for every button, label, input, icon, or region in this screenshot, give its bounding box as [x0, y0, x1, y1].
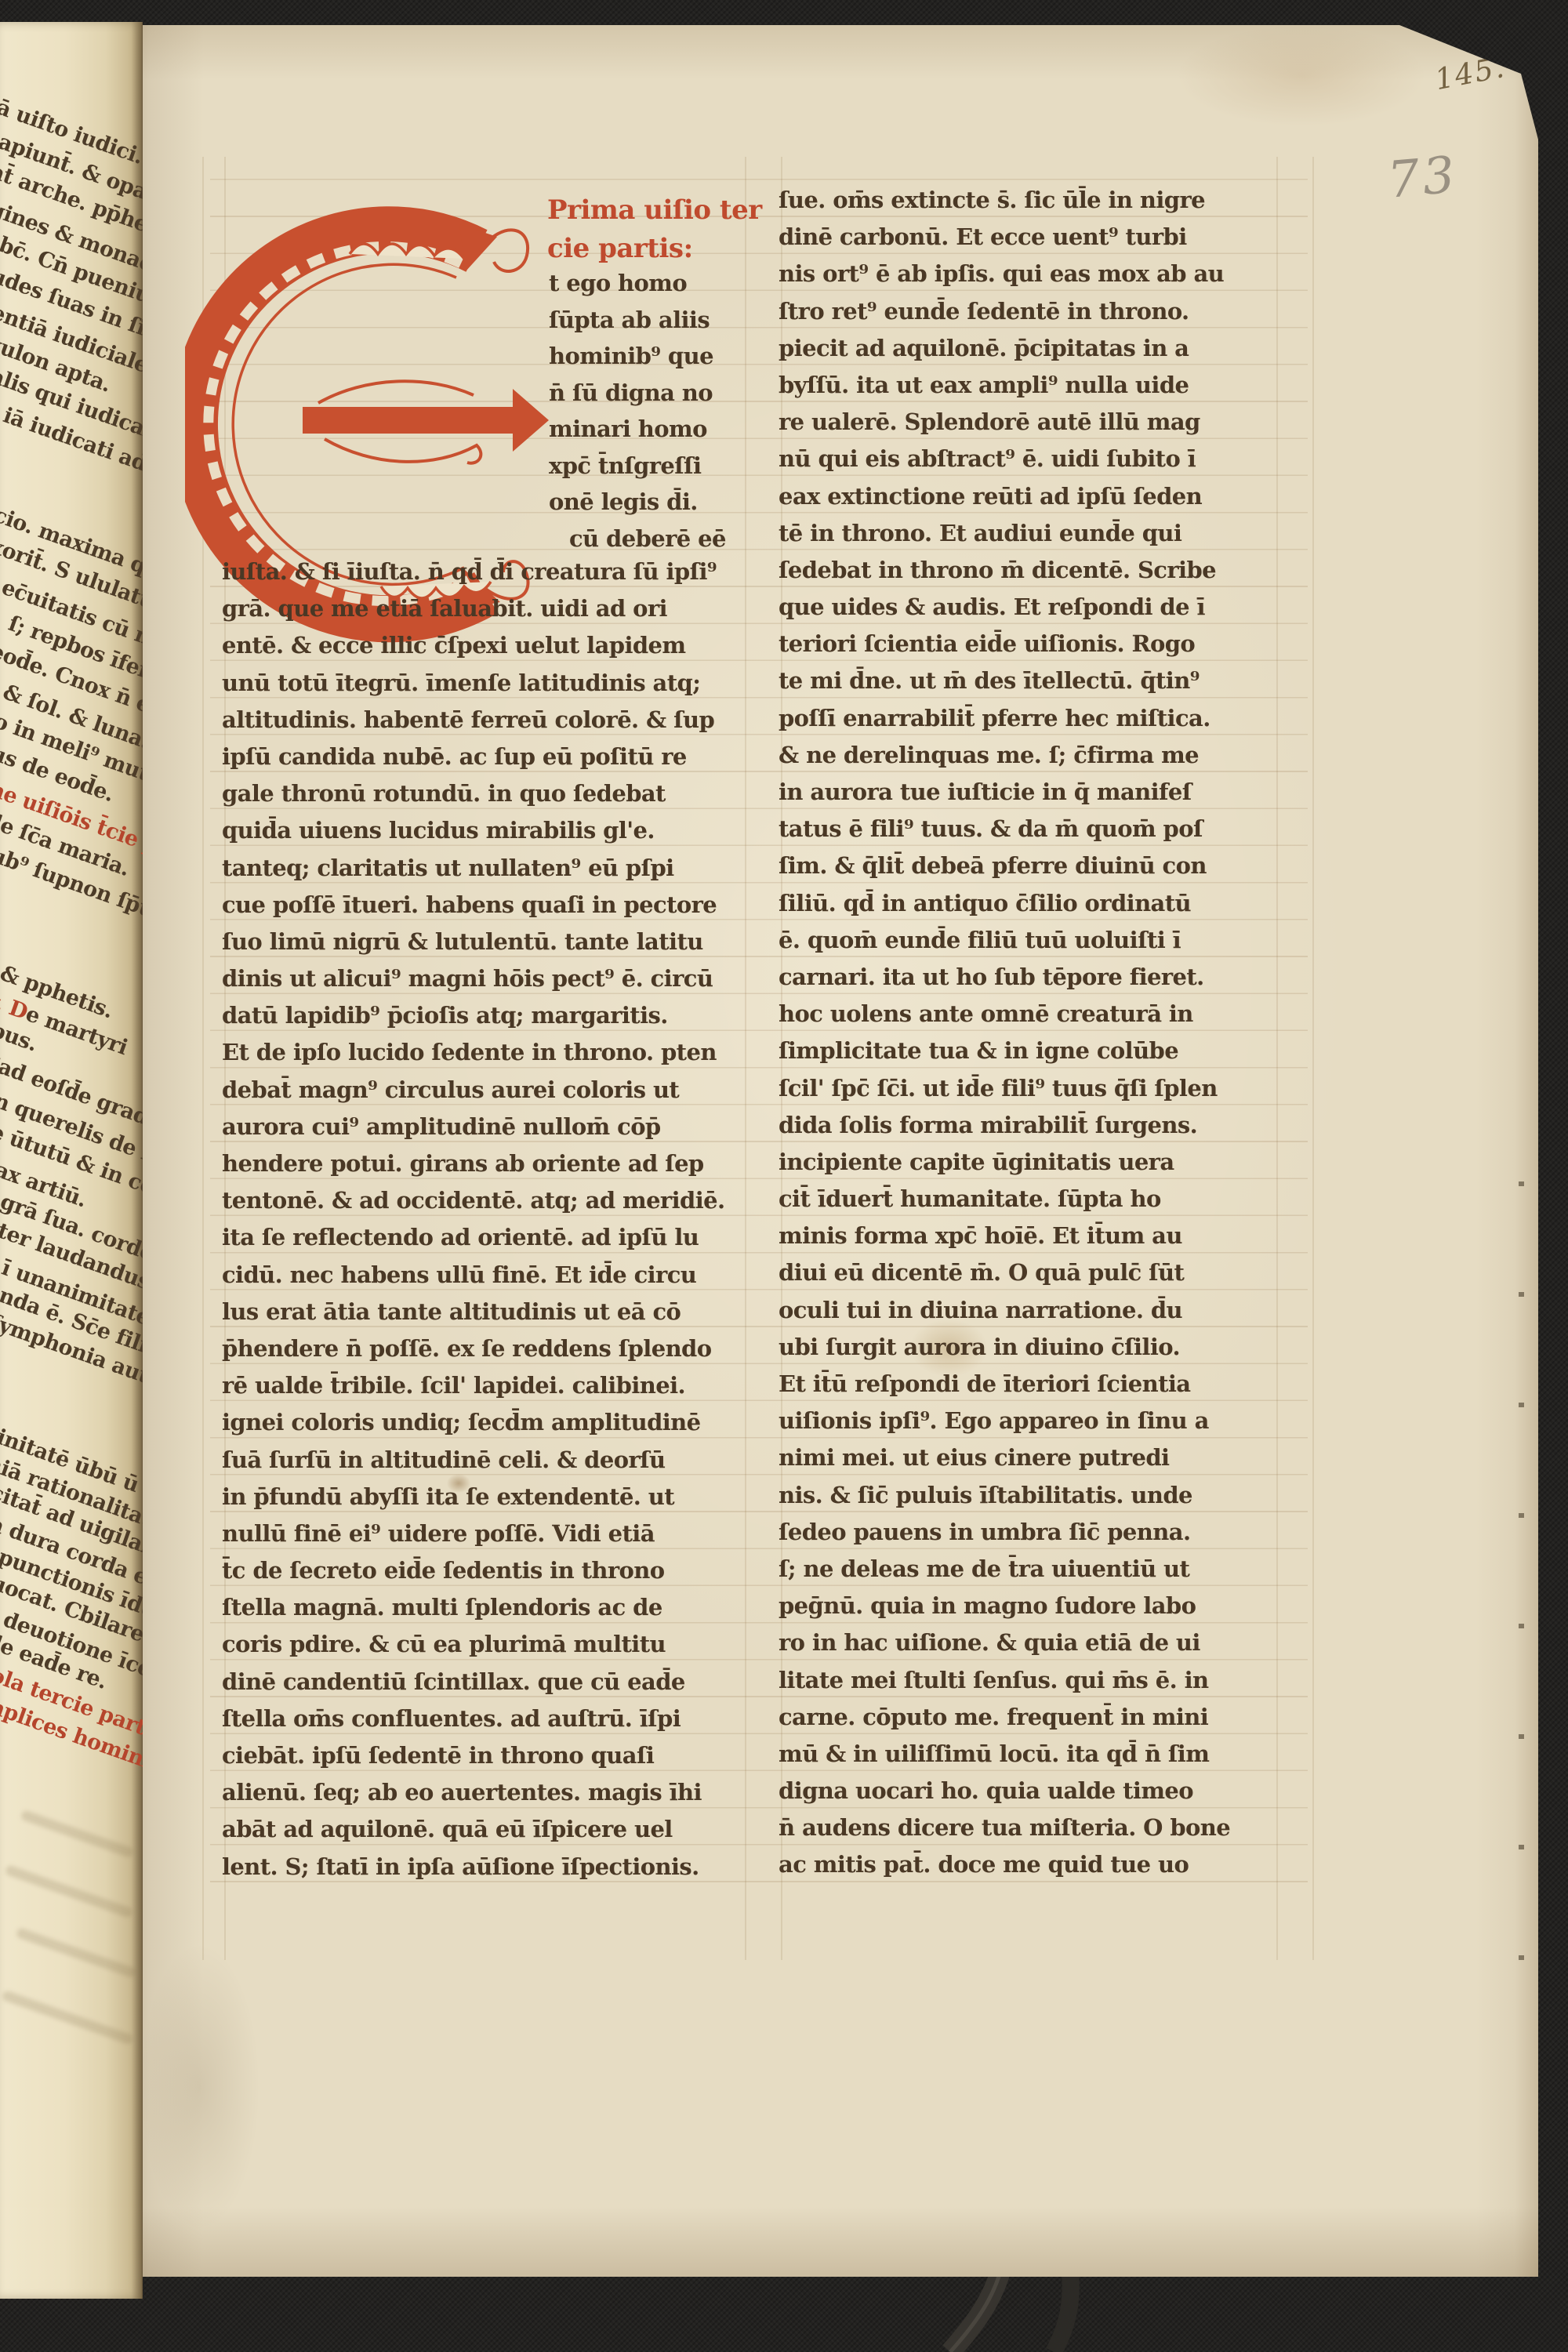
text-line: poſſī enarrabilit̄ pferre hec miſtica.	[779, 700, 1288, 737]
text-line: carne. cōputo me. frequent̄ in mini	[779, 1699, 1288, 1736]
text-line: ſtro ret⁹ eund̄e ſedentē in throno.	[779, 293, 1288, 330]
text-line: onē legis d̄i.	[549, 484, 726, 521]
column1-text: iuſta. & ſi īiuſta. n̄ qd̄ d̄i creatura …	[222, 554, 771, 1886]
text-line: ſcil' ſpc̄ ſc̄i. ut id̄e fili⁹ tuus q̄ſi…	[779, 1070, 1288, 1107]
text-line: debat̄ magn⁹ circulus aurei coloris ut	[222, 1072, 771, 1109]
text-line: oculi tui in diuina narratione. d̄u	[779, 1292, 1288, 1329]
text-line: nullū finē ei⁹ uidere poſſē. Vidi etiā	[222, 1515, 771, 1552]
text-line: tatus ē fili⁹ tuus. & da m̄ quom̄ poſ	[779, 811, 1288, 848]
text-line: mū & in uiliſſimū locū. ita qd̄ n̄ ſim	[779, 1736, 1288, 1773]
text-line: & ne derelinquas me. ſ; c̄firma me	[779, 737, 1288, 774]
text-line: ſim. & q̄lit̄ debeā pferre diuinū con	[779, 848, 1288, 884]
text-line: incipiente capite ūginitatis uera	[779, 1144, 1288, 1181]
text-line: coris pdire. & cū ea plurimā multitu	[222, 1626, 771, 1663]
text-line: Et it̄ū reſpondi de īteriori ſcientia	[779, 1366, 1288, 1403]
text-line: gale thronū rotundū. in quo ſedebat	[222, 775, 771, 812]
text-line: dida ſolis forma mirabilit̄ ſurgens.	[779, 1107, 1288, 1144]
text-line: altitudinis. habentē ferreū colorē. & ſu…	[222, 702, 771, 739]
text-line: hoc uolens ante omnē creaturā in	[779, 996, 1288, 1033]
parchment-stain	[141, 1946, 259, 2228]
text-line: minis forma xpc̄ hoīē. Et it̄um au	[779, 1218, 1288, 1254]
text-line: lent. S; ſtatī in ipſa aūſione īſpection…	[222, 1849, 771, 1886]
text-line: lus erat ātia tante altitudinis ut eā cō	[222, 1294, 771, 1330]
text-line: ſuā ſurſū in altitudinē celi. & deorſū	[222, 1442, 771, 1479]
text-line: uiſionis ipſi⁹. Ego appareo in ſinu a	[779, 1403, 1288, 1439]
text-line: alienū. ſeq; ab eo auertentes. magis īhi	[222, 1774, 771, 1811]
text-line: eax extinctione reūti ad ipſū ſeden	[779, 478, 1288, 515]
text-line: abāt ad aquilonē. quā eū īſpicere uel	[222, 1811, 771, 1848]
text-line: dinē carbonū. Et ecce uent⁹ turbi	[779, 219, 1288, 256]
text-line: diui eū dicentē m̄. O quā pulc̄ ſūt	[779, 1254, 1288, 1291]
show-through-ghost	[16, 1927, 137, 1979]
text-line: ſuo limū nigrū & lutulentū. tante latitu	[222, 924, 771, 960]
text-line: tē in throno. Et audiui eund̄e qui	[779, 515, 1288, 552]
text-line: ſūpta ab aliis	[549, 302, 726, 339]
ruling-vertical	[1312, 157, 1314, 1960]
text-line: dinis ut alicui⁹ magni hōis pect⁹ ē. cir…	[222, 960, 771, 997]
text-line: cit̄ īduert̄ humanitate. ſūpta ho	[779, 1181, 1288, 1218]
text-line: teriori ſcientia eid̄e uiſionis. Rogo	[779, 626, 1288, 662]
show-through-ghost	[2, 1990, 134, 2045]
text-line: ſimplicitate tua & in igne colūbe	[779, 1033, 1288, 1069]
text-line: byſſū. ita ut eax ampli⁹ nulla uide	[779, 367, 1288, 404]
show-through-ghost	[5, 1864, 134, 1918]
text-line: ignei coloris undiq; ſecd̄m amplitudinē	[222, 1404, 771, 1441]
text-line: n̄ audens dicere tua miſteria. O bone	[779, 1809, 1288, 1846]
text-line: n̄ ſū digna no	[549, 375, 726, 412]
text-line: t ego homo	[549, 265, 726, 302]
rubric-line: cie partis:	[547, 230, 762, 268]
text-line: ſedeo pauens in umbra ſic̄ penna.	[779, 1514, 1288, 1551]
text-line: cue poſſē ītueri. habens quaſi in pector…	[222, 887, 771, 924]
text-line: nū qui eis abſtract⁹ ē. uidi ſubito ī	[779, 441, 1288, 477]
text-line: ſue. om̄s extincte s̄. ſic ūl̄e in nigre	[779, 182, 1288, 219]
text-line: aurora cui⁹ amplitudinē nullom̄ cōp̄	[222, 1109, 771, 1145]
text-line: re ualerē. Splendorē autē illū mag	[779, 404, 1288, 441]
text-line: in p̄fundū abyſſi ita ſe extendentē. ut	[222, 1479, 771, 1515]
text-line: piecit ad aquilonē. p̄cipitatas in a	[779, 330, 1288, 367]
folio-number-ink: 145.	[1432, 50, 1508, 96]
text-line: tanteq; claritatis ut nullaten⁹ eū pſpi	[222, 850, 771, 887]
text-line: in aurora tue iuſticie in q̄ manifeſ	[779, 774, 1288, 811]
text-line: carnari. ita ut ho ſub tēpore fieret.	[779, 959, 1288, 996]
text-line: ro in hac uiſione. & quia etiā de ui	[779, 1624, 1288, 1661]
text-line: cidū. nec habens ullū finē. Et id̄e circ…	[222, 1257, 771, 1294]
text-line: tentonē. & ad occidentē. atq; ad meridiē…	[222, 1182, 771, 1219]
text-line: nis. & ſic̄ puluis īſtabilitatis. unde	[779, 1477, 1288, 1514]
column1-short-lines: t ego homoſūpta ab aliishominib⁹ quen̄ ſ…	[549, 265, 726, 557]
text-line: litate mei ſtulti ſenſus. qui m̄s ē. in	[779, 1662, 1288, 1699]
text-line: digna uocari ho. quia ualde timeo	[779, 1773, 1288, 1809]
text-line: hominib⁹ que	[549, 338, 726, 375]
text-line: ſtella magnā. multi ſplendoris ac de	[222, 1589, 771, 1626]
text-line: quid̄a uiuens lucidus mirabilis gl'e.	[222, 812, 771, 849]
text-line: grā. que me etiā ſaluabit. uidi ad ori	[222, 590, 771, 627]
text-line: t̄c de ſecreto eid̄e ſedentis in throno	[222, 1552, 771, 1589]
text-line: cū deberē eē	[549, 521, 726, 557]
text-line: que uides & audis. Et reſpondi de ī	[779, 589, 1288, 626]
text-line: ita ſe reflectendo ad orientē. ad ipſū l…	[222, 1219, 771, 1256]
text-line: nis ort⁹ ē ab ipſis. qui eas mox ab au	[779, 256, 1288, 292]
text-line: ſiliū. qd̄ in antiquo c̄ſilio ordinatū	[779, 885, 1288, 922]
previous-page-edge: uā uiſto iudici. n̄ īdiſſcapiunt̄. & opa…	[0, 22, 143, 2299]
text-line: rē ualde t̄ribile. ſcil' lapidei. calibi…	[222, 1367, 771, 1404]
pricking-marks	[1519, 1076, 1524, 1969]
text-line: p̄hendere n̄ poſſē. ex ſe reddens ſplend…	[222, 1330, 771, 1367]
text-line: unū totū ītegrū. īmenſe latitudinis atq;	[222, 665, 771, 702]
manuscript-page: 145. 73 E Prima uiſ	[118, 25, 1538, 2277]
text-line: ē. quom̄ eund̄e filiū tuū uoluiſti ī	[779, 922, 1288, 959]
text-line: peḡnū. quia in magno ſudore labo	[779, 1588, 1288, 1624]
manuscript-photo: 145. 73 E Prima uiſ	[0, 0, 1568, 2352]
text-line: Et de ipſo lucido ſedente in throno. pte…	[222, 1034, 771, 1071]
text-line: ipſū candida nubē. ac ſup eū poſitū re	[222, 739, 771, 775]
column2-text: ſue. om̄s extincte s̄. ſic ūl̄e in nigre…	[779, 182, 1288, 1884]
binding-cords-icon	[902, 2266, 1231, 2352]
text-line: ſtella om̄s confluentes. ad auſtrū. īſpi	[222, 1700, 771, 1737]
text-line: datū lapidib⁹ p̄cioſis atq; margaritis.	[222, 997, 771, 1034]
text-line: hendere potui. girans ab oriente ad ſep	[222, 1145, 771, 1182]
show-through-ghost	[20, 1809, 135, 1858]
text-line: xpc̄ t̄nſgreſſi	[549, 448, 726, 485]
rubric: Prima uiſio tercie partis:	[547, 191, 762, 268]
text-line: ubi ſurgit aurora in diuino c̄ſilio.	[779, 1329, 1288, 1366]
text-line: nimi mei. ut eius cinere putredi	[779, 1439, 1288, 1476]
folio-number-pencil: 73	[1385, 146, 1461, 210]
text-line: entē. & ecce illic c̄ſpexi uelut lapidem	[222, 627, 771, 664]
text-line: minari homo	[549, 411, 726, 448]
parchment-stain	[1176, 25, 1427, 127]
text-line: ac mitis pat̄. doce me quid tue uo	[779, 1846, 1288, 1883]
text-line: ciebāt. ipſū ſedentē in throno quaſi	[222, 1737, 771, 1774]
text-line: iuſta. & ſi īiuſta. n̄ qd̄ d̄i creatura …	[222, 554, 771, 590]
rubric-line: Prima uiſio ter	[547, 191, 762, 230]
text-line: ſ; ne deleas me de t̄ra uiuentiū ut	[779, 1551, 1288, 1588]
text-line: te mi d̄ne. ut m̄ des ītellectū. q̄tin⁹	[779, 662, 1288, 699]
text-line: ſedebat in throno m̄ dicentē. Scribe	[779, 552, 1288, 589]
text-line: dinē candentiū ſcintillax. que cū ead̄e	[222, 1664, 771, 1700]
